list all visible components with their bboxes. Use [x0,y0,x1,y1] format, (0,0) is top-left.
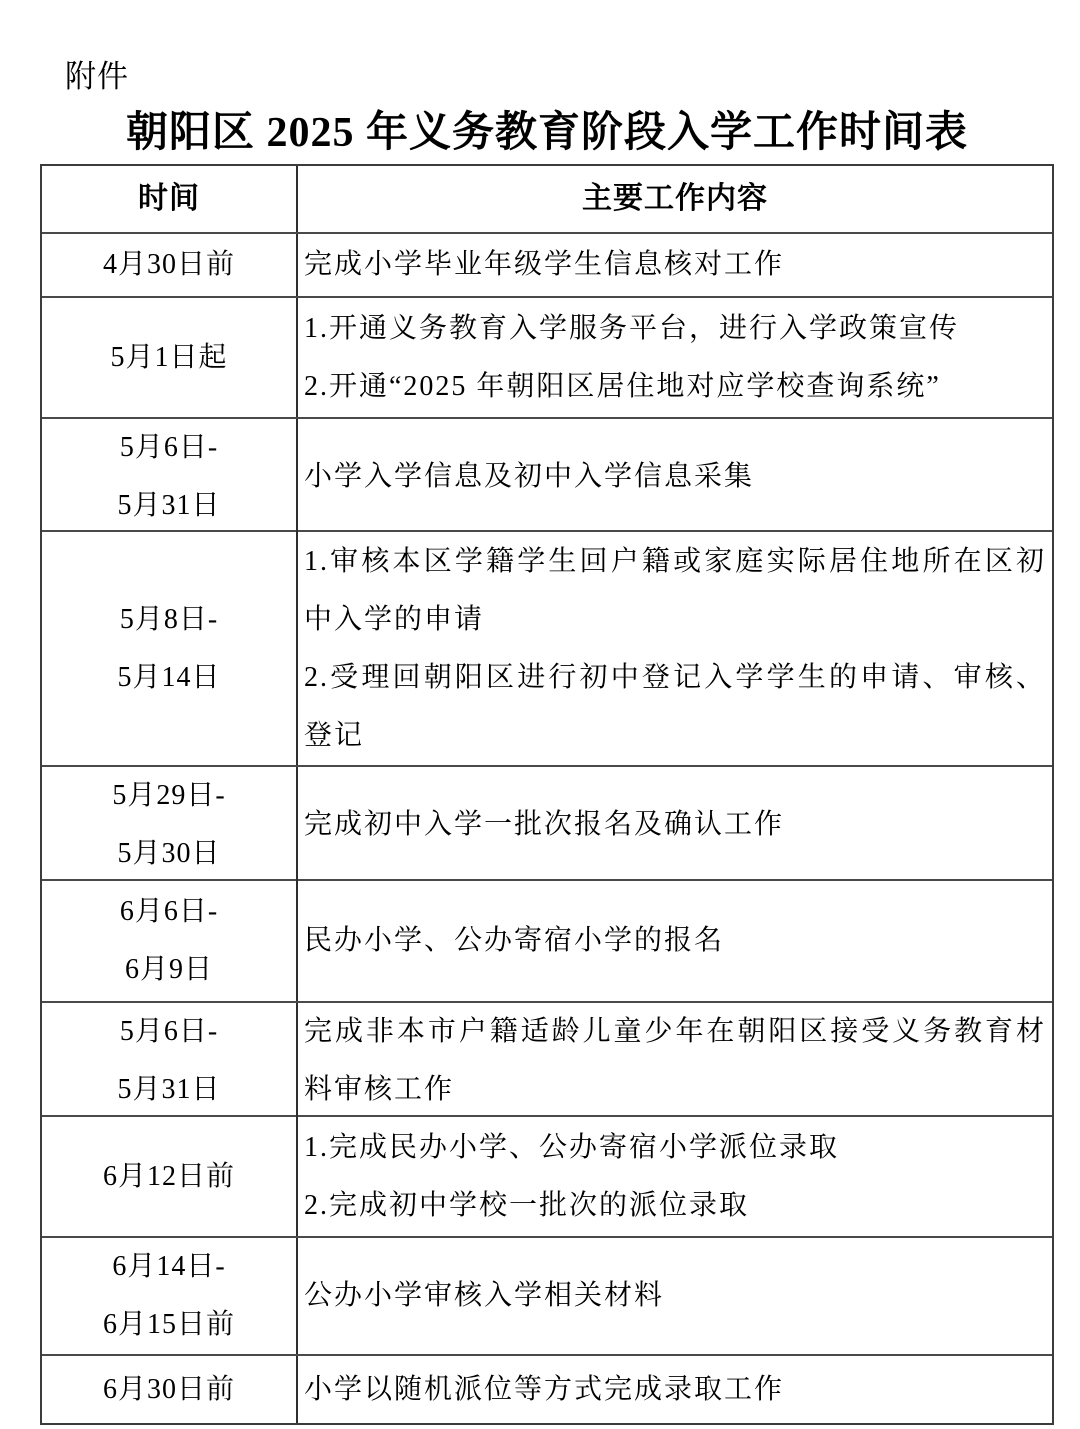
content-cell: 1.完成民办小学、公办寄宿小学派位录取 2.完成初中学校一批次的派位录取 [298,1117,1052,1236]
time-cell: 5月29日- 5月30日 [42,767,298,883]
table-row: 5月6日- 5月31日 完成非本市户籍适龄儿童少年在朝阳区接受义务教育材料审核工… [42,1001,1052,1115]
task-item: 公办小学审核入学相关材料 [304,1267,1046,1325]
content-cell: 完成非本市户籍适龄儿童少年在朝阳区接受义务教育材料审核工作 [298,1003,1052,1119]
task-item: 小学以随机派位等方式完成录取工作 [304,1361,1046,1419]
content-cell: 完成小学毕业年级学生信息核对工作 [298,234,1052,296]
header-content: 主要工作内容 [298,166,1052,232]
table-row: 5月29日- 5月30日 完成初中入学一批次报名及确认工作 [42,765,1052,879]
time-cell: 5月6日- 5月31日 [42,419,298,535]
table-header-row: 时间 主要工作内容 [42,166,1052,232]
task-item: 小学入学信息及初中入学信息采集 [304,448,1046,506]
time-cell: 6月6日- 6月9日 [42,881,298,1001]
task-item: 民办小学、公办寄宿小学的报名 [304,912,1046,970]
content-cell: 完成初中入学一批次报名及确认工作 [298,767,1052,883]
table-row: 5月6日- 5月31日 小学入学信息及初中入学信息采集 [42,417,1052,530]
content-cell: 1.审核本区学籍学生回户籍或家庭实际居住地所在区初中入学的申请 2.受理回朝阳区… [298,532,1052,765]
table-row: 5月8日- 5月14日 1.审核本区学籍学生回户籍或家庭实际居住地所在区初中入学… [42,530,1052,765]
table-row: 6月6日- 6月9日 民办小学、公办寄宿小学的报名 [42,879,1052,1001]
table-row: 6月14日- 6月15日前 公办小学审核入学相关材料 [42,1236,1052,1354]
task-item: 2.完成初中学校一批次的派位录取 [304,1177,1046,1235]
content-cell: 小学以随机派位等方式完成录取工作 [298,1356,1052,1423]
page-title: 朝阳区 2025 年义务教育阶段入学工作时间表 [40,106,1054,160]
time-cell: 5月1日起 [42,298,298,417]
task-item: 2.受理回朝阳区进行初中登记入学学生的申请、审核、登记 [304,649,1046,765]
task-item: 完成小学毕业年级学生信息核对工作 [304,236,1046,294]
time-cell: 5月6日- 5月31日 [42,1003,298,1119]
content-cell: 小学入学信息及初中入学信息采集 [298,419,1052,535]
task-item: 1.开通义务教育入学服务平台，进行入学政策宣传 [304,300,1046,358]
document-page: 附件 朝阳区 2025 年义务教育阶段入学工作时间表 时间 主要工作内容 4月3… [0,0,1080,1429]
time-cell: 5月8日- 5月14日 [42,532,298,765]
table-row: 4月30日前 完成小学毕业年级学生信息核对工作 [42,232,1052,296]
task-item: 1.完成民办小学、公办寄宿小学派位录取 [304,1119,1046,1177]
task-item: 1.审核本区学籍学生回户籍或家庭实际居住地所在区初中入学的申请 [304,533,1046,649]
table-row: 6月30日前 小学以随机派位等方式完成录取工作 [42,1354,1052,1423]
content-cell: 民办小学、公办寄宿小学的报名 [298,881,1052,1001]
task-item: 2.开通“2025 年朝阳区居住地对应学校查询系统” [304,358,1046,416]
time-cell: 6月30日前 [42,1356,298,1423]
header-time: 时间 [42,166,298,232]
task-item: 完成初中入学一批次报名及确认工作 [304,796,1046,854]
task-item: 完成非本市户籍适龄儿童少年在朝阳区接受义务教育材料审核工作 [304,1003,1046,1119]
time-cell: 4月30日前 [42,234,298,296]
content-cell: 公办小学审核入学相关材料 [298,1238,1052,1354]
table-row: 6月12日前 1.完成民办小学、公办寄宿小学派位录取 2.完成初中学校一批次的派… [42,1115,1052,1236]
time-cell: 6月14日- 6月15日前 [42,1238,298,1354]
table-row: 5月1日起 1.开通义务教育入学服务平台，进行入学政策宣传 2.开通“2025 … [42,296,1052,417]
attachment-label: 附件 [65,0,1080,102]
time-cell: 6月12日前 [42,1117,298,1236]
schedule-table: 时间 主要工作内容 4月30日前 完成小学毕业年级学生信息核对工作 5月1日起 … [40,164,1054,1425]
content-cell: 1.开通义务教育入学服务平台，进行入学政策宣传 2.开通“2025 年朝阳区居住… [298,298,1052,417]
